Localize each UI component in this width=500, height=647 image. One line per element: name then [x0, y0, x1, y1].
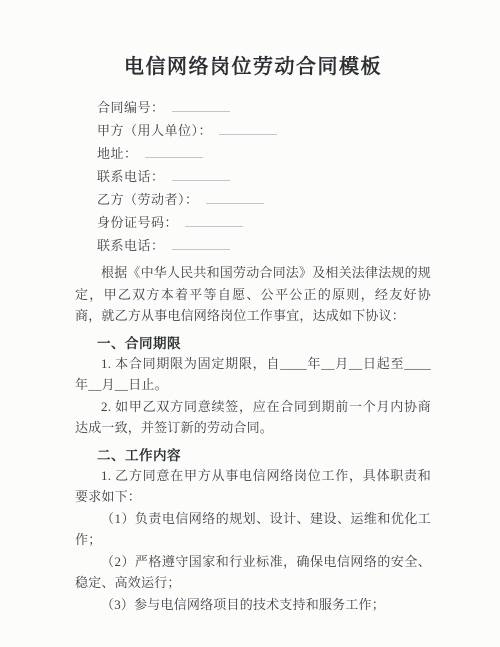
field-contact-phone-a: 联系电话：	[75, 165, 431, 188]
clause-work-duty-2: （2）严格遵守国家和行业标准，确保电信网络的安全、稳定、高效运行；	[75, 551, 431, 594]
field-id-number: 身份证号码：	[75, 211, 431, 234]
field-contact-phone-a-label: 联系电话：	[97, 169, 165, 184]
preamble-paragraph: 根据《中华人民共和国劳动合同法》及相关法律法规的规定，甲乙双方本着平等自愿、公平…	[75, 262, 431, 327]
fill-in-blank	[206, 190, 264, 204]
fill-in-blank	[172, 167, 230, 181]
document-title: 电信网络岗位劳动合同模板	[75, 50, 431, 79]
section-heading-work-content: 二、工作内容	[75, 444, 431, 464]
contract-document-page: 电信网络岗位劳动合同模板 合同编号： 甲方（用人单位）： 地址： 联系电话： 乙…	[0, 0, 500, 647]
field-address: 地址：	[75, 142, 431, 165]
field-contract-number: 合同编号：	[75, 96, 431, 119]
field-contact-phone-b-label: 联系电话：	[97, 238, 165, 253]
field-party-b-worker: 乙方（劳动者）：	[75, 188, 431, 211]
field-party-a-employer: 甲方（用人单位）：	[75, 119, 431, 142]
clause-term-1: 1. 本合同期限为固定期限，自____年__月__日起至____年__月__日止…	[75, 353, 431, 396]
field-contract-number-label: 合同编号：	[97, 100, 165, 115]
clause-work-1: 1. 乙方同意在甲方从事电信网络岗位工作，具体职责和要求如下：	[75, 465, 431, 508]
clause-work-duty-3: （3）参与电信网络项目的技术支持和服务工作；	[75, 594, 431, 616]
fill-in-blank	[172, 236, 230, 250]
fill-in-blank	[145, 144, 203, 158]
field-address-label: 地址：	[97, 146, 138, 161]
clause-work-duty-1: （1）负责电信网络的规划、设计、建设、运维和优化工作；	[75, 508, 431, 551]
section-heading-contract-term: 一、合同期限	[75, 332, 431, 352]
field-party-a-label: 甲方（用人单位）：	[97, 123, 212, 138]
fill-in-blank	[185, 213, 243, 227]
field-contact-phone-b: 联系电话：	[75, 234, 431, 257]
clause-term-2: 2. 如甲乙双方同意续签，应在合同到期前一个月内协商达成一致，并签订新的劳动合同…	[75, 396, 431, 439]
field-id-number-label: 身份证号码：	[97, 215, 178, 230]
fill-in-blank	[172, 98, 230, 112]
field-party-b-label: 乙方（劳动者）：	[97, 192, 199, 207]
fill-in-blank	[219, 121, 277, 135]
